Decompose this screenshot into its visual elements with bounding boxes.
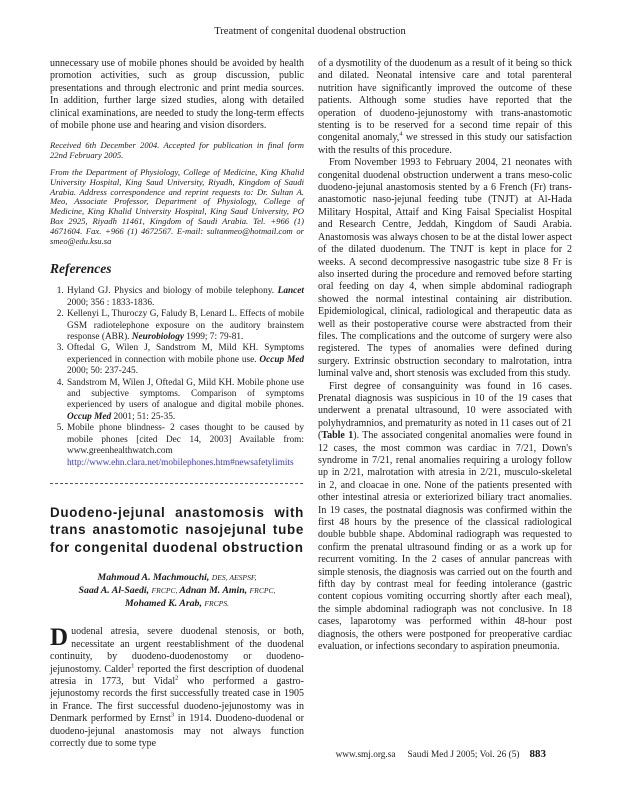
two-column-layout: unnecessary use of mobile phones should … <box>50 58 572 750</box>
running-head-title: Treatment of congenital duodenal obstruc… <box>0 26 620 37</box>
reference-item: Kellenyi L, Thuroczy G, Faludy B, Lenard… <box>66 309 304 343</box>
body-paragraph: From November 1993 to February 2004, 21 … <box>318 157 572 380</box>
page-number: 883 <box>530 748 547 760</box>
author-line: Saad A. Al-Saedi, FRCPC, Adnan M. Amin, … <box>50 584 304 597</box>
reference-item: Mobile phone blindness- 2 cases thought … <box>66 423 304 469</box>
received-accepted-note: Received 6th December 2004. Accepted for… <box>50 141 304 161</box>
reference-item: Hyland GJ. Physics and biology of mobile… <box>66 286 304 309</box>
reference-item: Sandstrom M, Wilen J, Oftedal G, Mild KH… <box>66 378 304 424</box>
author-line: Mohamed K. Arab, FRCPS. <box>50 597 304 610</box>
article-separator-dashed-rule <box>50 483 304 484</box>
reference-item: Oftedal G, Wilen J, Sandstrom M, Mild KH… <box>66 343 304 377</box>
journal-url: www.smj.org.sa <box>336 750 396 760</box>
article-title: Duodeno-jejunal anastomosis with trans a… <box>50 504 304 557</box>
right-column: of a dysmotility of the duodenum as a re… <box>318 58 572 750</box>
references-list: Hyland GJ. Physics and biology of mobile… <box>50 286 304 469</box>
journal-page: Treatment of congenital duodenal obstruc… <box>0 0 620 802</box>
closing-paragraph: unnecessary use of mobile phones should … <box>50 58 304 132</box>
body-paragraph: First degree of consanguinity was found … <box>318 381 572 654</box>
intro-paragraph: Duodenal atresia, severe duodenal stenos… <box>50 626 304 750</box>
author-line: Mahmoud A. Machmouchi, DES, AESPSF, <box>50 571 304 584</box>
affiliation-correspondence-note: From the Department of Physiology, Colle… <box>50 168 304 246</box>
body-paragraph: of a dysmotility of the duodenum as a re… <box>318 58 572 157</box>
author-block: Mahmoud A. Machmouchi, DES, AESPSF, Saad… <box>50 571 304 610</box>
journal-citation: Saudi Med J 2005; Vol. 26 (5) <box>408 750 520 760</box>
page-footer: www.smj.org.saSaudi Med J 2005; Vol. 26 … <box>336 748 546 760</box>
left-column: unnecessary use of mobile phones should … <box>50 58 304 750</box>
drop-cap-letter: D <box>50 627 68 648</box>
references-heading: References <box>50 261 304 277</box>
reference-hyperlink[interactable]: http://www.ehn.clara.net/mobilephones.ht… <box>67 458 294 468</box>
intro-paragraph-text: uodenal atresia, severe duodenal stenosi… <box>50 626 304 749</box>
